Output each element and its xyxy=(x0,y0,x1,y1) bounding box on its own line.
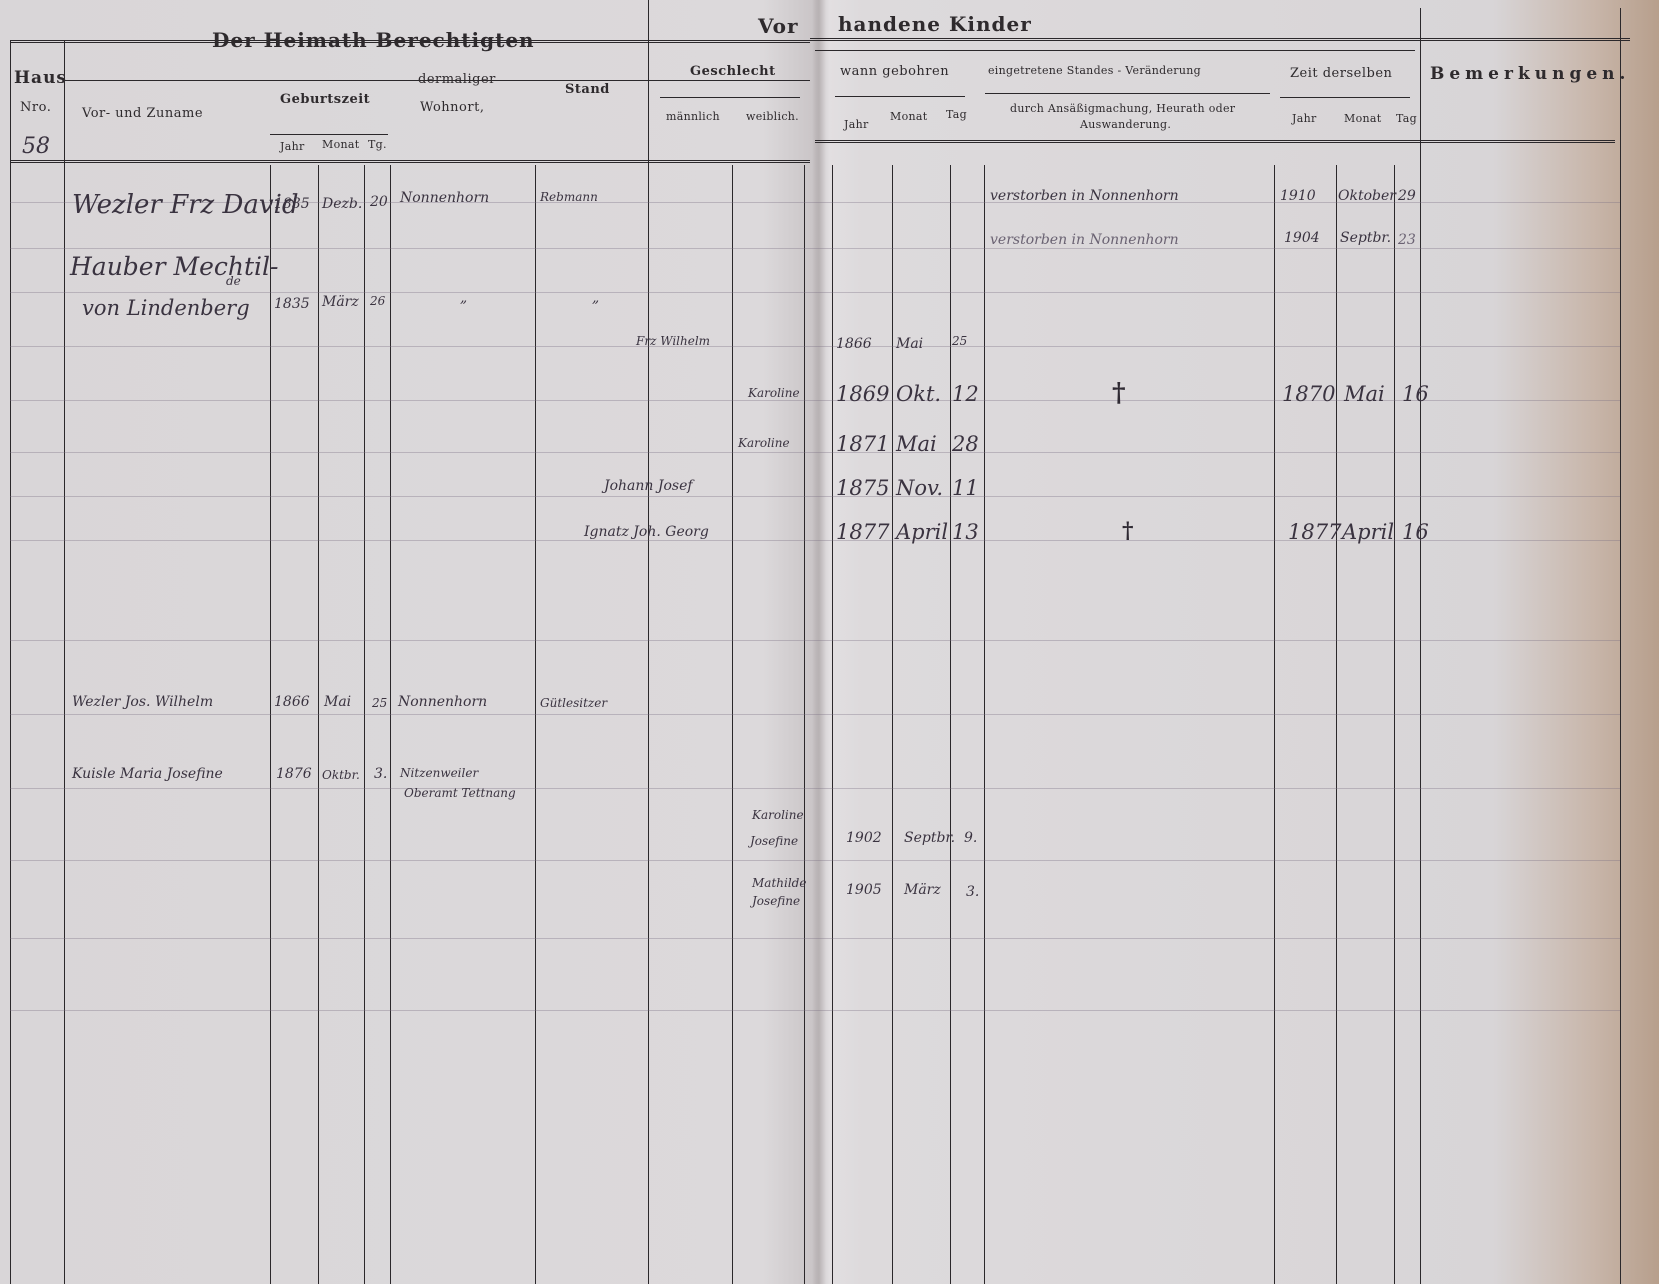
entry2-change: verstorben in Nonnenhorn xyxy=(990,232,1179,248)
child7-name-line1: Mathilde xyxy=(752,876,806,890)
entry3-residence: Nonnenhorn xyxy=(398,694,487,710)
entry2-name-line1: Hauber Mechtil- xyxy=(70,252,278,281)
ruling xyxy=(10,248,1620,249)
entry2-change-month: Septbr. xyxy=(1340,230,1391,246)
col-line-time-month xyxy=(1394,165,1395,1284)
entry4-residence-line2: Oberamt Tettnang xyxy=(404,786,516,800)
entry2-stand-ditto: „ xyxy=(592,290,599,306)
ruling xyxy=(10,788,1620,789)
sex-subheader-rule xyxy=(660,97,800,98)
child5-month: April xyxy=(896,520,948,544)
entry2-name-line2: von Lindenberg xyxy=(82,296,250,320)
entry3-birth-day: 25 xyxy=(372,696,387,710)
entry1-change-day: 29 xyxy=(1398,188,1416,204)
entry2-name-line1b: de xyxy=(226,274,241,288)
header-top-rule-right xyxy=(810,38,1630,41)
child5-death-year: 1877 xyxy=(1288,520,1341,544)
entry1-change-year: 1910 xyxy=(1280,188,1316,204)
child1-month: Mai xyxy=(896,336,923,352)
header-sex-female: weiblich. xyxy=(746,110,799,123)
ruling xyxy=(10,496,1620,497)
entry1-birth-day: 20 xyxy=(370,194,388,210)
header-birth: Geburtszeit xyxy=(280,92,370,107)
open-register-book: Der Heimath Berechtigten Vor handene Kin… xyxy=(0,0,1659,1284)
entry2-birth-year: 1835 xyxy=(274,296,310,312)
child7-month: März xyxy=(904,882,941,898)
child6-name-line2: Josefine xyxy=(750,834,798,848)
header-name: Vor- und Zuname xyxy=(82,106,203,121)
header-time: Zeit derselben xyxy=(1290,66,1392,81)
child6-name-line1: Karoline xyxy=(752,808,804,822)
entry2-change-year: 1904 xyxy=(1284,230,1320,246)
col-line-time-day xyxy=(1420,8,1421,1284)
change-subheader-rule xyxy=(985,93,1270,94)
child1-day: 25 xyxy=(952,334,967,348)
child6-year: 1902 xyxy=(846,830,882,846)
child7-name-line2: Josefine xyxy=(752,894,800,908)
child2-death-year: 1870 xyxy=(1282,382,1335,406)
ruling xyxy=(10,640,1620,641)
child2-month: Okt. xyxy=(896,382,941,406)
entry3-name: Wezler Jos. Wilhelm xyxy=(72,694,213,710)
header-group-children-part2: handene Kinder xyxy=(838,12,1032,36)
entry2-residence-ditto: „ xyxy=(460,290,467,306)
header-time-month: Monat xyxy=(1344,112,1381,125)
entry1-residence: Nonnenhorn xyxy=(400,190,489,206)
ruling xyxy=(10,860,1620,861)
header-birth-year: Jahr xyxy=(280,140,305,153)
col-line-birth-month xyxy=(364,165,365,1284)
header-residence-2: Wohnort, xyxy=(420,100,484,115)
child5-death-month: April xyxy=(1342,520,1394,544)
child3-name: Karoline xyxy=(738,436,790,450)
header-birth-day: Tg. xyxy=(368,138,387,151)
col-line-time-year xyxy=(1336,165,1337,1284)
header-bottom-rule-right xyxy=(815,140,1615,143)
col-line-born-year xyxy=(892,165,893,1284)
col-line-female xyxy=(804,165,805,1284)
header-change: eingetretene Standes - Veränderung xyxy=(988,64,1201,77)
col-line-haus xyxy=(64,40,65,1284)
child2-death-day: 16 xyxy=(1402,382,1429,406)
ruling xyxy=(10,938,1620,939)
entry3-birth-month: Mai xyxy=(324,694,351,710)
ruling xyxy=(10,346,1620,347)
born-subheader-rule xyxy=(835,96,965,97)
header-residence-1: dermaliger xyxy=(418,72,496,87)
col-line-birth-year xyxy=(318,165,319,1284)
entry2-birth-day: 26 xyxy=(370,294,385,308)
entry4-name: Kuisle Maria Josefine xyxy=(72,766,223,782)
ruling xyxy=(10,1010,1620,1011)
header-haus: Haus xyxy=(14,68,67,88)
time-subheader-rule xyxy=(1280,97,1410,98)
child1-name: Frz Wilhelm xyxy=(636,334,710,348)
child6-day: 9. xyxy=(964,830,977,846)
entry4-birth-day: 3. xyxy=(374,766,387,782)
col-line-left-edge xyxy=(10,40,11,1284)
child2-death-month: Mai xyxy=(1344,382,1385,406)
col-line-right-margin xyxy=(832,165,833,1284)
child5-death-day: 16 xyxy=(1402,520,1429,544)
header-group-children-part1: Vor xyxy=(758,14,799,38)
entry1-name: Wezler Frz David xyxy=(72,190,299,220)
entry4-birth-month: Oktbr. xyxy=(322,768,360,782)
col-line-residence xyxy=(535,165,536,1284)
child3-day: 28 xyxy=(952,432,979,456)
book-spine xyxy=(812,0,826,1284)
child4-day: 11 xyxy=(952,476,979,500)
entry4-residence-line1: Nitzenweiler xyxy=(400,766,478,780)
col-line-name xyxy=(270,165,271,1284)
header-remarks: Bemerkungen. xyxy=(1430,64,1630,84)
header-bottom-rule-left xyxy=(10,160,810,163)
entry3-birth-year: 1866 xyxy=(274,694,310,710)
col-line-change xyxy=(1274,165,1275,1284)
child2-name: Karoline xyxy=(748,386,800,400)
entry1-birth-month: Dezb. xyxy=(322,196,362,212)
child3-year: 1871 xyxy=(836,432,889,456)
header-stand: Stand xyxy=(565,82,610,97)
header-change-sub2: Auswanderung. xyxy=(1080,118,1171,131)
child6-month: Septbr. xyxy=(904,830,955,846)
entry2-change-day: 23 xyxy=(1398,232,1416,248)
child4-month: Nov. xyxy=(896,476,943,500)
header-time-day: Tag xyxy=(1396,112,1417,125)
entry1-change: verstorben in Nonnenhorn xyxy=(990,188,1179,204)
header-nro: Nro. xyxy=(20,100,51,115)
header-subgroup-rule-right xyxy=(815,50,1415,51)
header-group-entitled: Der Heimath Berechtigten xyxy=(212,28,535,52)
child2-day: 12 xyxy=(952,382,979,406)
entry1-change-month: Oktober xyxy=(1338,188,1396,204)
child4-name: Johann Josef xyxy=(604,478,693,494)
header-sex-male: männlich xyxy=(666,110,720,123)
entry2-birth-month: März xyxy=(322,294,359,310)
header-time-year: Jahr xyxy=(1292,112,1317,125)
child7-day: 3. xyxy=(966,884,979,900)
child5-death-cross-icon: † xyxy=(1122,518,1134,544)
birth-subheader-rule xyxy=(270,134,388,135)
child2-year: 1869 xyxy=(836,382,889,406)
entry1-birth-year: 1835 xyxy=(274,196,310,212)
child1-year: 1866 xyxy=(836,336,872,352)
header-birth-month: Monat xyxy=(322,138,359,151)
col-line-born-day xyxy=(984,165,985,1284)
child5-day: 13 xyxy=(952,520,979,544)
col-line-male xyxy=(732,165,733,1284)
ruling xyxy=(10,452,1620,453)
child5-year: 1877 xyxy=(836,520,889,544)
header-change-sub1: durch Ansäßigmachung, Heurath oder xyxy=(1010,102,1235,115)
col-line-stand xyxy=(648,0,649,1284)
child5-name: Ignatz Joh. Georg xyxy=(584,524,709,540)
header-born-day: Tag xyxy=(946,108,967,121)
col-line-born-month xyxy=(950,165,951,1284)
col-line-birth-day xyxy=(390,165,391,1284)
child7-year: 1905 xyxy=(846,882,882,898)
child3-month: Mai xyxy=(896,432,937,456)
entry1-stand: Rebmann xyxy=(540,190,598,204)
entry4-birth-year: 1876 xyxy=(276,766,312,782)
child2-death-cross-icon: † xyxy=(1112,378,1126,408)
ruling xyxy=(10,714,1620,715)
col-line-right-edge xyxy=(1620,8,1621,1284)
header-born-month: Monat xyxy=(890,110,927,123)
header-born: wann gebohren xyxy=(840,64,949,79)
ruling xyxy=(10,292,1620,293)
header-sex: Geschlecht xyxy=(690,64,776,79)
entry3-stand: Gütlesitzer xyxy=(540,696,607,710)
house-number: 58 xyxy=(22,134,50,159)
child4-year: 1875 xyxy=(836,476,889,500)
header-born-year: Jahr xyxy=(844,118,869,131)
